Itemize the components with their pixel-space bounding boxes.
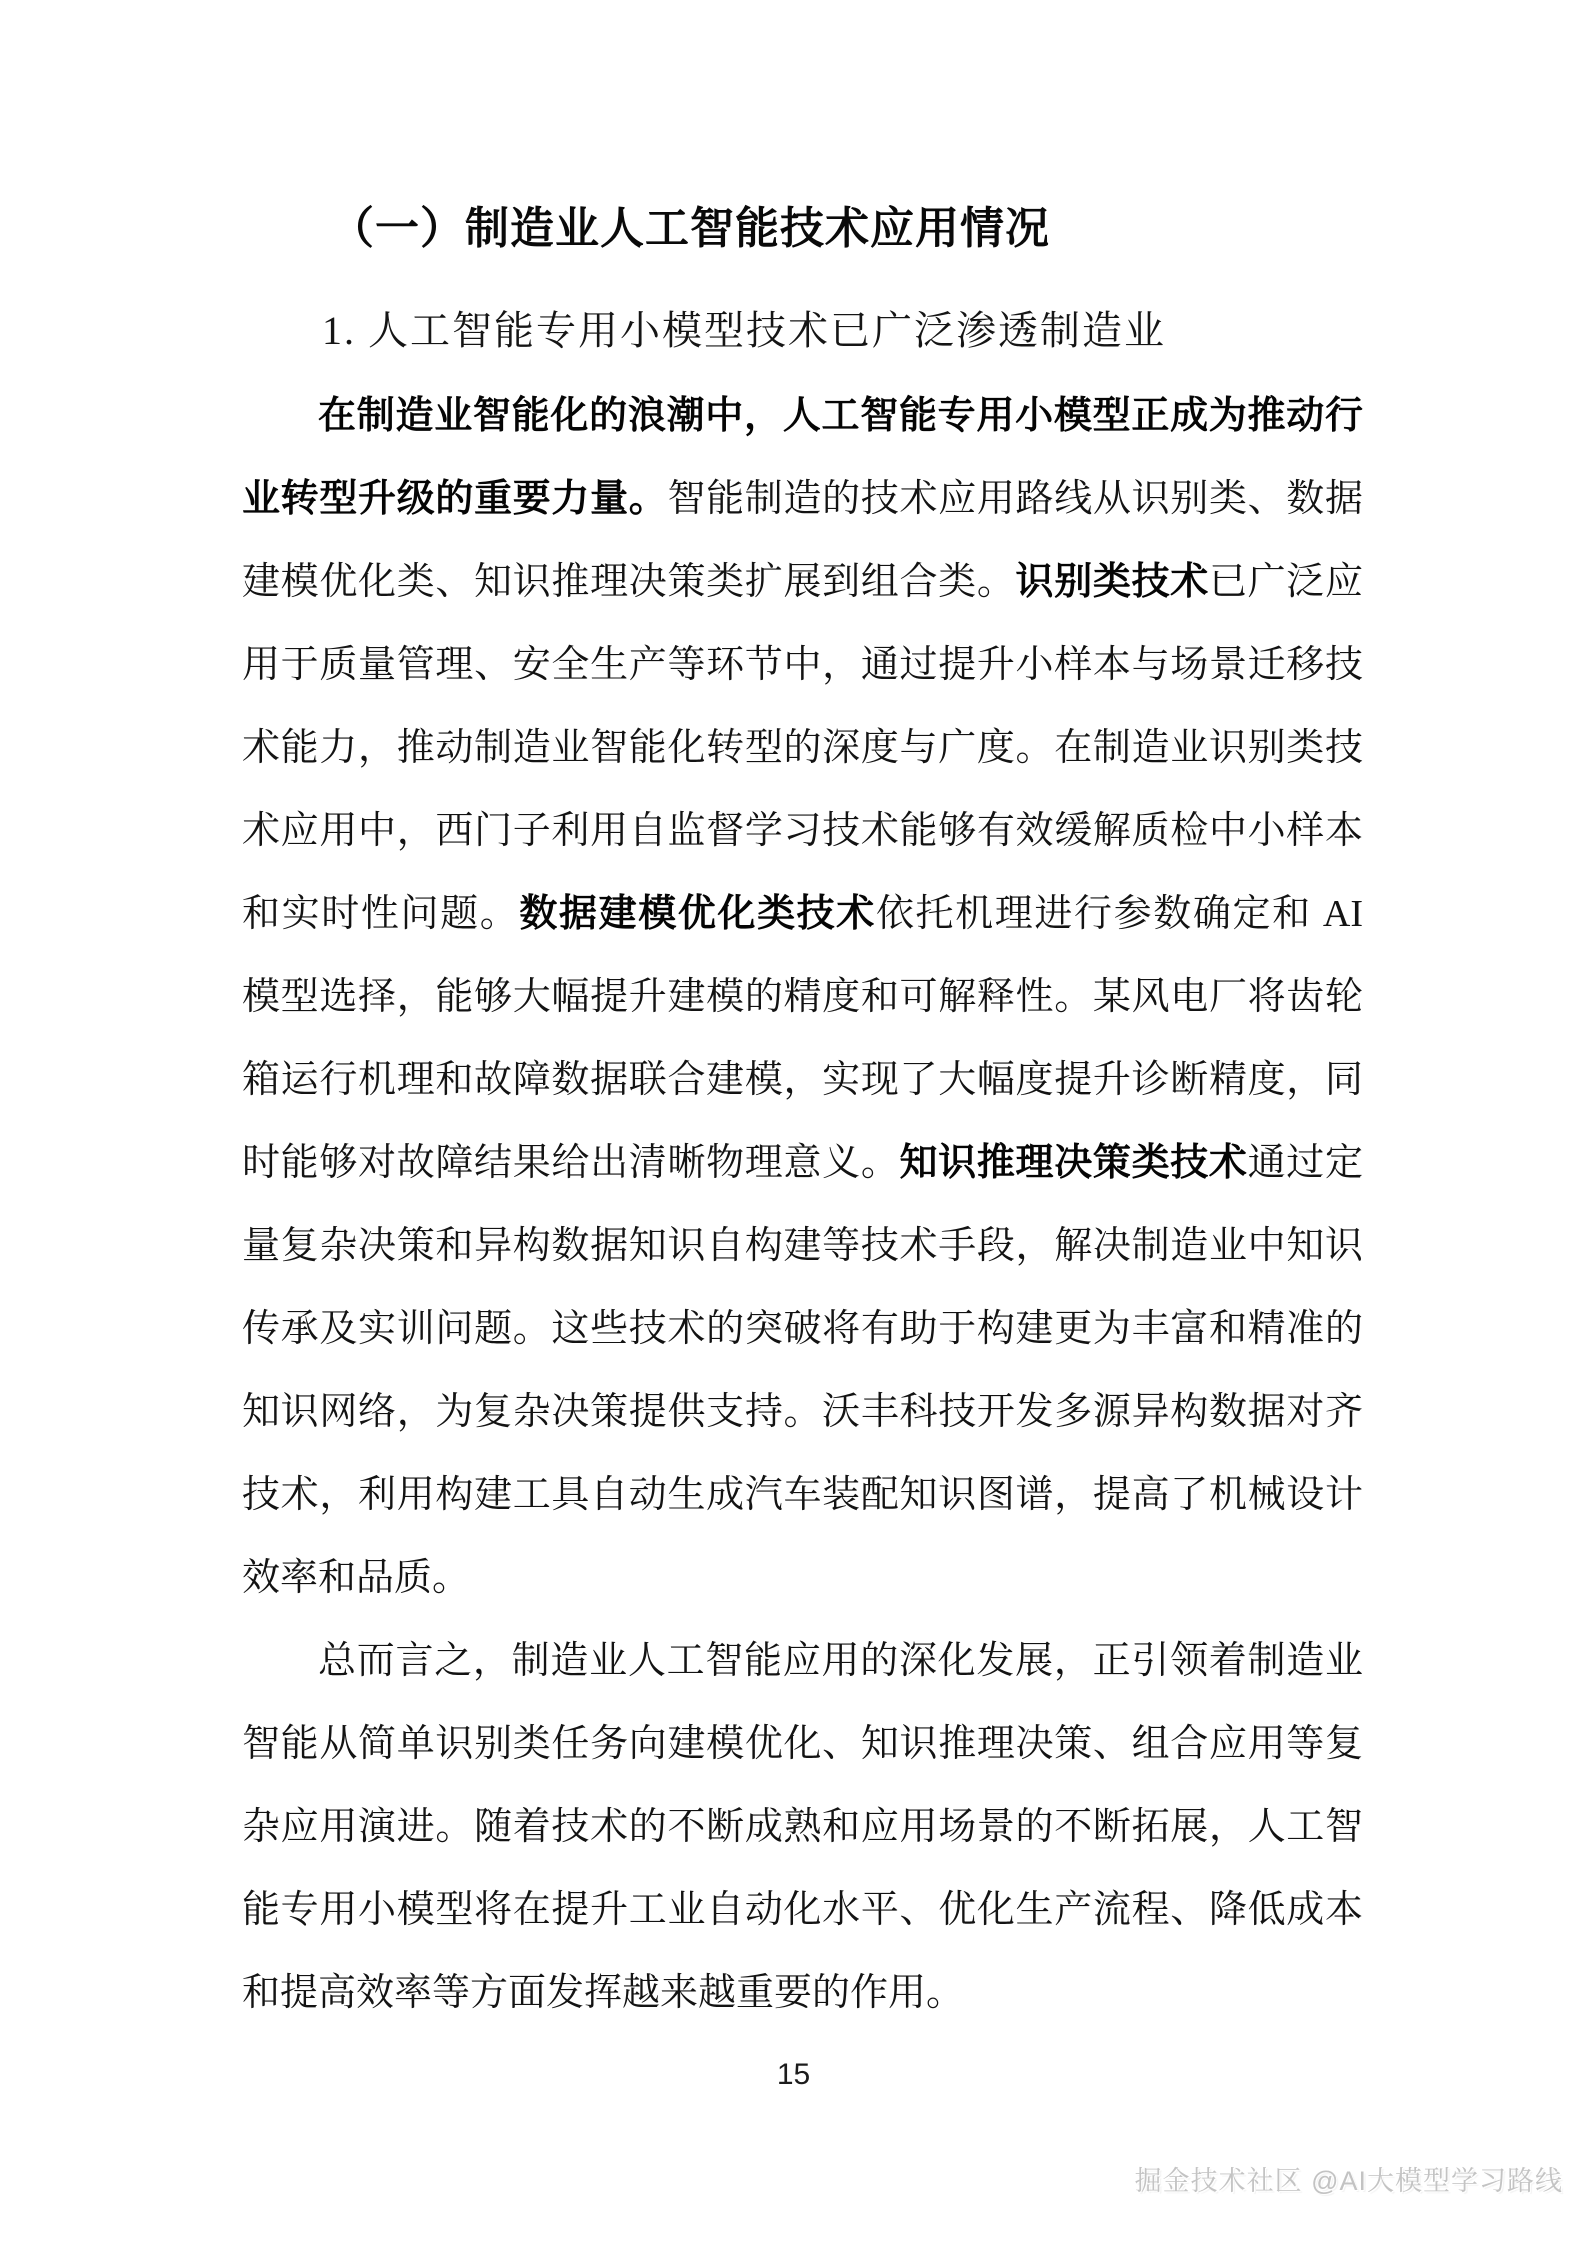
- body-text: 在制造业智能化的浪潮中，人工智能专用小模型正成为推动行业转型升级的重要力量。智能…: [242, 375, 1363, 2035]
- section-heading: （一）制造业人工智能技术应用情况: [242, 205, 1363, 253]
- sub-section-heading: 1. 人工智能专用小模型技术已广泛渗透制造业: [242, 309, 1363, 353]
- document-page: （一）制造业人工智能技术应用情况 1. 人工智能专用小模型技术已广泛渗透制造业 …: [0, 0, 1587, 2245]
- page-number: 15: [0, 2058, 1587, 2092]
- watermark-text: 掘金技术社区 @AI大模型学习路线: [1135, 2166, 1563, 2196]
- body-paragraph: 在制造业智能化的浪潮中，人工智能专用小模型正成为推动行业转型升级的重要力量。智能…: [242, 375, 1363, 1620]
- emphasized-term: 知识推理决策类技术: [900, 1142, 1248, 1184]
- text-column: （一）制造业人工智能技术应用情况 1. 人工智能专用小模型技术已广泛渗透制造业 …: [242, 0, 1363, 2035]
- body-run: 通过定量复杂决策和异构数据知识自构建等技术手段，解决制造业中知识传承及实训问题。…: [242, 1142, 1363, 1599]
- body-run: 依托机理进行参数确定和 AI 模型选择，能够大幅提升建模的精度和可解释性。某风电…: [242, 893, 1363, 1184]
- emphasized-term: 数据建模优化类技术: [519, 893, 876, 935]
- body-run: 已广泛应用于质量管理、安全生产等环节中，通过提升小样本与场景迁移技术能力，推动制…: [242, 561, 1363, 935]
- body-paragraph: 总而言之，制造业人工智能应用的深化发展，正引领着制造业智能从简单识别类任务向建模…: [242, 1620, 1363, 2035]
- body-run: 总而言之，制造业人工智能应用的深化发展，正引领着制造业智能从简单识别类任务向建模…: [242, 1640, 1363, 2014]
- emphasized-term: 识别类技术: [1016, 561, 1209, 603]
